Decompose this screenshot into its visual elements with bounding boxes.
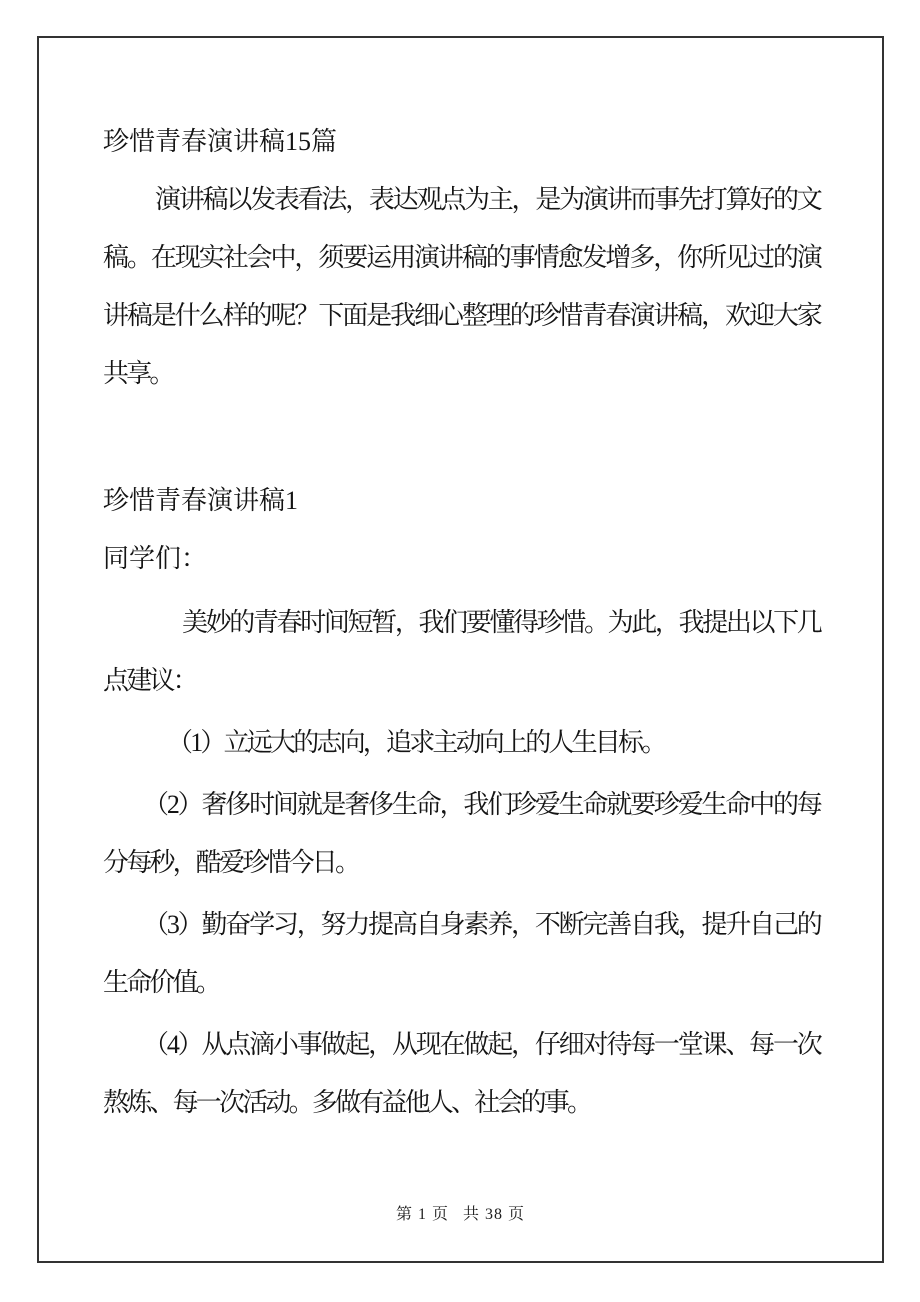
suggestion-item-2: （2）奢侈时间就是奢侈生命，我们珍爱生命就要珍爱生命中的每分每秒，酷爱珍惜今日。	[103, 776, 820, 892]
suggestion-item-3: （3）勤奋学习，努力提高自身素养，不断完善自我，提升自己的生命价值。	[103, 896, 820, 1012]
footer-page-number: 第 1 页	[396, 1206, 449, 1223]
document-page: 珍惜青春演讲稿15篇 演讲稿以发表看法，表达观点为主，是为演讲而事先打算好的文稿…	[0, 0, 920, 1302]
document-title: 珍惜青春演讲稿15篇	[103, 113, 820, 171]
footer-total-pages: 共 38 页	[463, 1206, 525, 1223]
page-border-frame: 珍惜青春演讲稿15篇 演讲稿以发表看法，表达观点为主，是为演讲而事先打算好的文稿…	[37, 36, 884, 1263]
section-lead-paragraph: 美妙的青春时间短暂，我们要懂得珍惜。为此，我提出以下几点建议：	[103, 594, 820, 710]
intro-paragraph: 演讲稿以发表看法，表达观点为主，是为演讲而事先打算好的文稿。在现实社会中，须要运…	[103, 171, 820, 403]
suggestion-item-4: （4）从点滴小事做起，从现在做起，仔细对待每一堂课、每一次熬炼、每一次活动。多做…	[103, 1016, 820, 1132]
page-footer: 第 1 页共 38 页	[39, 1205, 882, 1225]
suggestion-item-1: （1）立远大的志向，追求主动向上的人生目标。	[103, 714, 820, 772]
document-content: 珍惜青春演讲稿15篇 演讲稿以发表看法，表达观点为主，是为演讲而事先打算好的文稿…	[103, 38, 820, 1132]
section-heading: 珍惜青春演讲稿1	[103, 472, 820, 530]
section-salutation: 同学们：	[103, 530, 820, 588]
